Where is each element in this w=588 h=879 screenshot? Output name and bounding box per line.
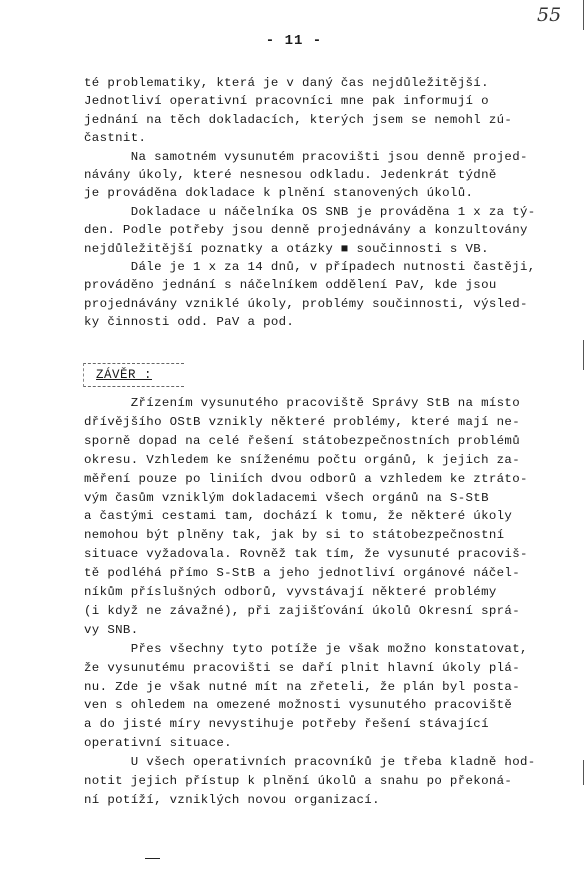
text-line: nemohou být plněny tak, jak by si to stá… <box>84 527 504 544</box>
text-line: návány úkoly, které nesnesou odkladu. Je… <box>84 167 497 184</box>
text-line: projednávány vzniklé úkoly, problémy sou… <box>84 296 528 313</box>
text-line: Na samotném vysunutém pracovišti jsou de… <box>84 149 528 166</box>
text-line: vým časům vzniklým dokladacemi všech org… <box>84 490 489 507</box>
text-line: té problematiky, která je v daný čas nej… <box>84 75 489 92</box>
text-line: okresu. Vzhledem ke sníženému počtu orgá… <box>84 452 520 469</box>
text-line: situace vyžadovala. Rovněž tak tím, že v… <box>84 546 528 563</box>
scan-edge-mark <box>583 760 584 785</box>
scan-edge-mark <box>583 340 584 370</box>
section-heading: ZÁVĚR : <box>96 368 152 382</box>
text-line: častnit. <box>84 130 146 147</box>
text-line: notit jejich přístup k plnění úkolů a sn… <box>84 773 512 790</box>
text-line: měření pouze po liniích dvou odborů a vz… <box>84 471 528 488</box>
text-line: a častými cestami tam, dochází k tomu, ž… <box>84 508 512 525</box>
text-line: je prováděna dokladace k plnění stanoven… <box>84 185 473 202</box>
bottom-dash-mark <box>145 858 160 859</box>
text-line: ven s ohledem na omezené možnosti vysunu… <box>84 697 512 714</box>
text-line: (i když ne závažné), při zajišťování úko… <box>84 603 520 620</box>
text-line: a do jisté míry nevystihuje potřeby řeše… <box>84 716 489 733</box>
page-number: - 11 - <box>0 33 588 49</box>
text-line: dřívějšího OStB vznikly některé problémy… <box>84 414 520 431</box>
text-line: Jednotliví operativní pracovníci mne pak… <box>84 93 489 110</box>
text-line: den. Podle potřeby jsou denně projednává… <box>84 222 528 239</box>
text-line: Přes všechny tyto potíže je však možno k… <box>84 641 528 658</box>
text-line: tě podléhá přímo S-StB a jeho jednotliví… <box>84 565 520 582</box>
text-line: že vysunutému pracovišti se daří plnit h… <box>84 660 520 677</box>
text-line: ky činnosti odd. PaV a pod. <box>84 314 294 331</box>
text-line: Zřízením vysunutého pracoviště Správy St… <box>84 395 520 412</box>
text-line: nu. Zde je však nutné mít na zřeteli, že… <box>84 679 520 696</box>
text-line: ní potíží, vzniklých novou organizací. <box>84 792 380 809</box>
text-line: nejdůležitější poznatky a otázky ■ souči… <box>84 241 489 258</box>
text-line: prováděno jednání s náčelníkem oddělení … <box>84 277 497 294</box>
text-line: níkům příslušných odborů, vyvstávají něk… <box>84 584 497 601</box>
text-line: jednání na těch dokladacích, kterých jse… <box>84 112 512 129</box>
scan-edge-mark <box>583 0 584 30</box>
text-line: vy SNB. <box>84 622 139 639</box>
text-line: U všech operativních pracovníků je třeba… <box>84 754 536 771</box>
text-line: Dále je 1 x za 14 dnů, v případech nutno… <box>84 259 536 276</box>
text-line: Dokladace u náčelníka OS SNB je prováděn… <box>84 204 536 221</box>
handwritten-folio-number: 55 <box>537 4 561 26</box>
text-line: sporně dopad na celé řešení státobezpečn… <box>84 433 520 450</box>
text-line: operativní situace. <box>84 735 232 752</box>
